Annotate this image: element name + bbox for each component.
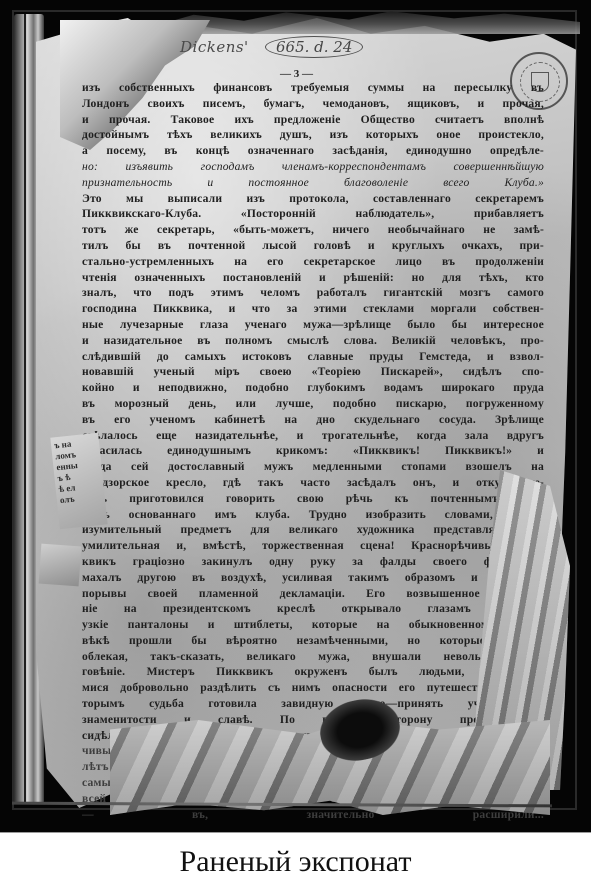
exhibit-photo: Dickens' 665. d. 24 — 3 — изъ собственны… — [0, 0, 591, 833]
text-line: но: изъявить господамъ членамъ-корреспон… — [82, 159, 544, 175]
text-line: облекая, такъ-сказать, великаго мужа, вн… — [82, 649, 544, 665]
text-line: чтенія означенныхъ постановленій и рѣшен… — [82, 270, 544, 286]
text-line: койно и неподвижно, подобно глубокимъ во… — [82, 380, 544, 396]
text-line: тилъ бы въ почтенной лысой головѣ и круг… — [82, 238, 544, 254]
text-line: умилительная и, вмѣстѣ, торжественная сц… — [82, 538, 544, 554]
text-line: достойнымъ тѣхъ великихъ душъ, изъ котор… — [82, 127, 544, 143]
text-line: сдѣлалось еще назидательнѣе, и трогатель… — [82, 428, 544, 444]
printed-text-block: изъ собственныхъ финансовъ требуемыя сум… — [82, 80, 544, 822]
text-line: виндзорское кресло, гдѣ такъ часто засѣд… — [82, 475, 544, 491]
text-line: изъ собственныхъ финансовъ требуемыя сум… — [82, 80, 544, 96]
text-line: признательность и постоянное благоволені… — [82, 175, 544, 191]
text-line: тотъ же секретарь, «быть-можетъ, ничего … — [82, 222, 544, 238]
text-line: порывы своей пламенной декламаціи. Его в… — [82, 586, 544, 602]
text-line: ные лучезарные глаза ученаго мужа—зрѣлищ… — [82, 317, 544, 333]
text-line: Пикквикскаго-Клуба. «Посторонній наблюда… — [82, 206, 544, 222]
text-line: квикъ граціозно закинулъ одну руку за фа… — [82, 554, 544, 570]
text-line: а посему, въ концѣ означеннаго засѣданія… — [82, 143, 544, 159]
handwritten-annotation: Dickens' — [180, 38, 249, 56]
text-line: ніе на президентскомъ креслѣ открывало г… — [82, 601, 544, 617]
library-shelfmark: 665. d. 24 — [265, 36, 363, 58]
text-line: мися добровольно раздѣлить съ нимъ опасн… — [82, 680, 544, 696]
text-line: изумительный предметъ для великаго худож… — [82, 522, 544, 538]
photo-border — [0, 832, 591, 833]
text-line: и прочая. Таковое ихъ предложеніе Общест… — [82, 112, 544, 128]
text-line: намъ основаннаго имъ клуба. Трудно изобр… — [82, 507, 544, 523]
text-line: господина Пикквика, и что за этими стекл… — [82, 301, 544, 317]
text-line: когда сей достославный мужъ медленными с… — [82, 459, 544, 475]
text-line: говѣніе. Мистеръ Пикквикъ окруженъ былъ … — [82, 664, 544, 680]
text-line: стально-устремленныхъ на его секретарско… — [82, 254, 544, 270]
text-line: новавшій ученый міръ своею «Теоріею Писк… — [82, 364, 544, 380]
text-line: узкіе панталоны и штиблеты, которые на о… — [82, 617, 544, 633]
text-line: слѣдившій до самыхъ истоковъ славные пру… — [82, 349, 544, 365]
text-line: въ его ученомъ кабинетѣ на дно скудельна… — [82, 412, 544, 428]
text-line: Это мы выписали изъ протокола, составлен… — [82, 191, 544, 207]
figure-caption: Раненый экспонат — [0, 840, 591, 884]
text-line: зналъ, что подъ этимъ челомъ работалъ ги… — [82, 285, 544, 301]
text-line: перь приготовился говорить свою рѣчь къ … — [82, 491, 544, 507]
text-line: огласилась единодушнымъ крикомъ: «Пиккви… — [82, 443, 544, 459]
text-line: вѣкѣ прошли бы вѣроятно незамѣченными, н… — [82, 633, 544, 649]
text-line: въ морозный день, или лучше, подобно пис… — [82, 396, 544, 412]
text-line: и назидательное въ полномъ смыслѣ слова.… — [82, 333, 544, 349]
page-number: — 3 — — [280, 68, 313, 80]
text-line: махалъ другою въ воздухѣ, усиливая таким… — [82, 570, 544, 586]
torn-text-fragment: ъ наломъенныъ ѣѣ елолъ — [50, 433, 107, 530]
torn-paper-scrap — [39, 544, 82, 587]
text-line: торымъ судьба готовила завидную долю—при… — [82, 696, 544, 712]
text-line: Лондонъ своихъ писемъ, бумагъ, чемоданов… — [82, 96, 544, 112]
